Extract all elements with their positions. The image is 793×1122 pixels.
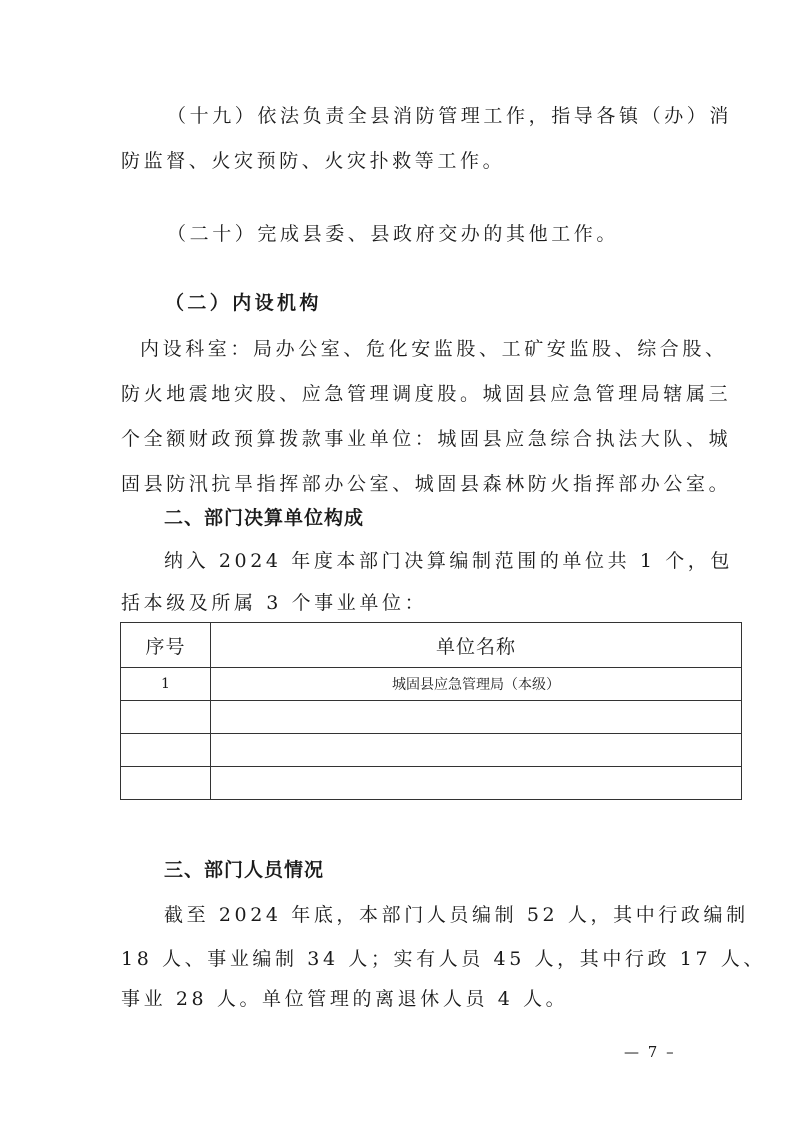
internal-structure-line-3: 个全额财政预算拨款事业单位：城固县应急综合执法大队、城 bbox=[121, 430, 731, 449]
cell-serial bbox=[121, 734, 211, 767]
section3-line-2: 18 人、事业编制 34 人；实有人员 45 人，其中行政 17 人、 bbox=[121, 950, 766, 969]
cell-unit-name bbox=[211, 734, 742, 767]
cell-serial bbox=[121, 701, 211, 734]
section3-heading: 三、部门人员情况 bbox=[164, 861, 324, 880]
section2-intro-line2: 括本级及所属 3 个事业单位： bbox=[121, 594, 427, 613]
table-row bbox=[121, 767, 742, 800]
column-header-serial: 序号 bbox=[121, 623, 211, 668]
page-number: — 7 – bbox=[624, 1043, 676, 1061]
table-row bbox=[121, 701, 742, 734]
cell-serial bbox=[121, 767, 211, 800]
section2-heading: 二、部门决算单位构成 bbox=[164, 509, 364, 528]
paragraph-item19-line2: 防监督、火灾预防、火灾扑救等工作。 bbox=[121, 152, 505, 171]
cell-unit-name bbox=[211, 767, 742, 800]
internal-structure-line-4: 固县防汛抗旱指挥部办公室、城固县森林防火指挥部办公室。 bbox=[121, 475, 731, 494]
section2-intro-line1: 纳入 2024 年度本部门决算编制范围的单位共 1 个，包 bbox=[164, 552, 733, 571]
section3-line-1: 截至 2024 年底，本部门人员编制 52 人，其中行政编制 bbox=[164, 906, 749, 925]
section3-line-3: 事业 28 人。单位管理的离退休人员 4 人。 bbox=[121, 990, 568, 1009]
units-table: 序号 单位名称 1 城固县应急管理局（本级） bbox=[120, 622, 742, 800]
table-row bbox=[121, 734, 742, 767]
internal-structure-heading: （二）内设机构 bbox=[165, 294, 322, 313]
cell-unit-name bbox=[211, 701, 742, 734]
paragraph-item19-line1: （十九）依法负责全县消防管理工作，指导各镇（办）消 bbox=[167, 107, 732, 126]
table-row: 1 城固县应急管理局（本级） bbox=[121, 668, 742, 701]
column-header-unit-name: 单位名称 bbox=[211, 623, 742, 668]
cell-unit-name: 城固县应急管理局（本级） bbox=[211, 668, 742, 701]
cell-serial: 1 bbox=[121, 668, 211, 701]
paragraph-item20: （二十）完成县委、县政府交办的其他工作。 bbox=[167, 225, 619, 244]
table-header-row: 序号 单位名称 bbox=[121, 623, 742, 668]
internal-structure-line-1: 内设科室：局办公室、危化安监股、工矿安监股、综合股、 bbox=[140, 340, 728, 359]
internal-structure-line-2: 防火地震地灾股、应急管理调度股。城固县应急管理局辖属三 bbox=[121, 385, 731, 404]
